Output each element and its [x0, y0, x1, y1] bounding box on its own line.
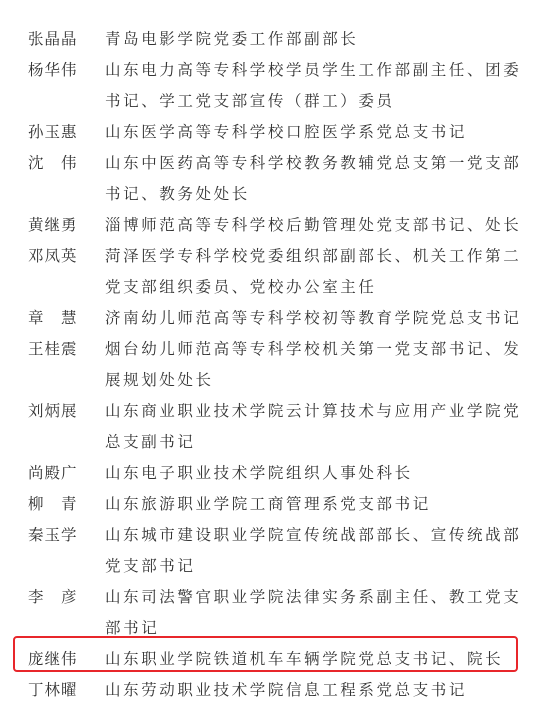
- person-name: 黄继勇: [28, 210, 105, 241]
- person-name: 章 慧: [28, 303, 105, 334]
- person-name: 沈 伟: [28, 148, 105, 179]
- person-name: 孙玉惠: [28, 117, 105, 148]
- person-position: 山东医学高等专科学校口腔医学系党总支书记: [105, 117, 529, 148]
- person-position: 山东电子职业技术学院组织人事处科长: [105, 458, 529, 489]
- person-position: 山东劳动职业技术学院信息工程系党总支书记: [105, 675, 529, 706]
- person-name: 王桂震: [28, 334, 105, 365]
- person-position: 山东司法警官职业学院法律实务系副主任、教工党支部书记: [105, 582, 529, 644]
- person-name: 尚殿广: [28, 458, 105, 489]
- person-name: 柳 青: [28, 489, 105, 520]
- person-name: 邓凤英: [28, 241, 105, 272]
- person-name: 杨华伟: [28, 55, 105, 86]
- list-item: 秦玉学 山东城市建设职业学院宣传统战部部长、宣传统战部党支部书记: [0, 520, 557, 582]
- person-position: 青岛电影学院党委工作部副部长: [105, 24, 529, 55]
- person-position: 山东职业学院铁道机车车辆学院党总支书记、院长: [105, 644, 529, 675]
- list-item: 沈 伟 山东中医药高等专科学校教务教辅党总支第一党支部书记、教务处处长: [0, 148, 557, 210]
- person-position: 烟台幼儿师范高等专科学校机关第一党支部书记、发展规划处处长: [105, 334, 529, 396]
- list-item: 张晶晶 青岛电影学院党委工作部副部长: [0, 24, 557, 55]
- person-position: 菏泽医学专科学校党委组织部副部长、机关工作第二党支部组织委员、党校办公室主任: [105, 241, 529, 303]
- person-position: 山东城市建设职业学院宣传统战部部长、宣传统战部党支部书记: [105, 520, 529, 582]
- person-name: 李 彦: [28, 582, 105, 613]
- person-position: 济南幼儿师范高等专科学校初等教育学院党总支书记: [105, 303, 529, 334]
- person-name: 庞继伟: [28, 644, 105, 675]
- person-name: 丁林曜: [28, 675, 105, 706]
- person-position: 山东商业职业技术学院云计算技术与应用产业学院党总支副书记: [105, 396, 529, 458]
- list-item: 章 慧 济南幼儿师范高等专科学校初等教育学院党总支书记: [0, 303, 557, 334]
- list-item: 柳 青 山东旅游职业学院工商管理系党支部书记: [0, 489, 557, 520]
- person-name: 秦玉学: [28, 520, 105, 551]
- list-item: 黄继勇 淄博师范高等专科学校后勤管理处党支部书记、处长: [0, 210, 557, 241]
- person-position: 山东中医药高等专科学校教务教辅党总支第一党支部书记、教务处处长: [105, 148, 529, 210]
- list-item: 邓凤英 菏泽医学专科学校党委组织部副部长、机关工作第二党支部组织委员、党校办公室…: [0, 241, 557, 303]
- list-item: 李 彦 山东司法警官职业学院法律实务系副主任、教工党支部书记: [0, 582, 557, 644]
- list-item: 尚殿广 山东电子职业技术学院组织人事处科长: [0, 458, 557, 489]
- list-item-highlighted: 庞继伟 山东职业学院铁道机车车辆学院党总支书记、院长: [0, 644, 557, 675]
- personnel-list: 张晶晶 青岛电影学院党委工作部副部长 杨华伟 山东电力高等专科学校学员学生工作部…: [0, 24, 557, 706]
- list-item: 王桂震 烟台幼儿师范高等专科学校机关第一党支部书记、发展规划处处长: [0, 334, 557, 396]
- list-item: 杨华伟 山东电力高等专科学校学员学生工作部副主任、团委书记、学工党支部宣传（群工…: [0, 55, 557, 117]
- person-name: 张晶晶: [28, 24, 105, 55]
- person-position: 山东旅游职业学院工商管理系党支部书记: [105, 489, 529, 520]
- list-item: 刘炳展 山东商业职业技术学院云计算技术与应用产业学院党总支副书记: [0, 396, 557, 458]
- list-item: 孙玉惠 山东医学高等专科学校口腔医学系党总支书记: [0, 117, 557, 148]
- list-item: 丁林曜 山东劳动职业技术学院信息工程系党总支书记: [0, 675, 557, 706]
- person-position: 山东电力高等专科学校学员学生工作部副主任、团委书记、学工党支部宣传（群工）委员: [105, 55, 529, 117]
- person-position: 淄博师范高等专科学校后勤管理处党支部书记、处长: [105, 210, 529, 241]
- person-name: 刘炳展: [28, 396, 105, 427]
